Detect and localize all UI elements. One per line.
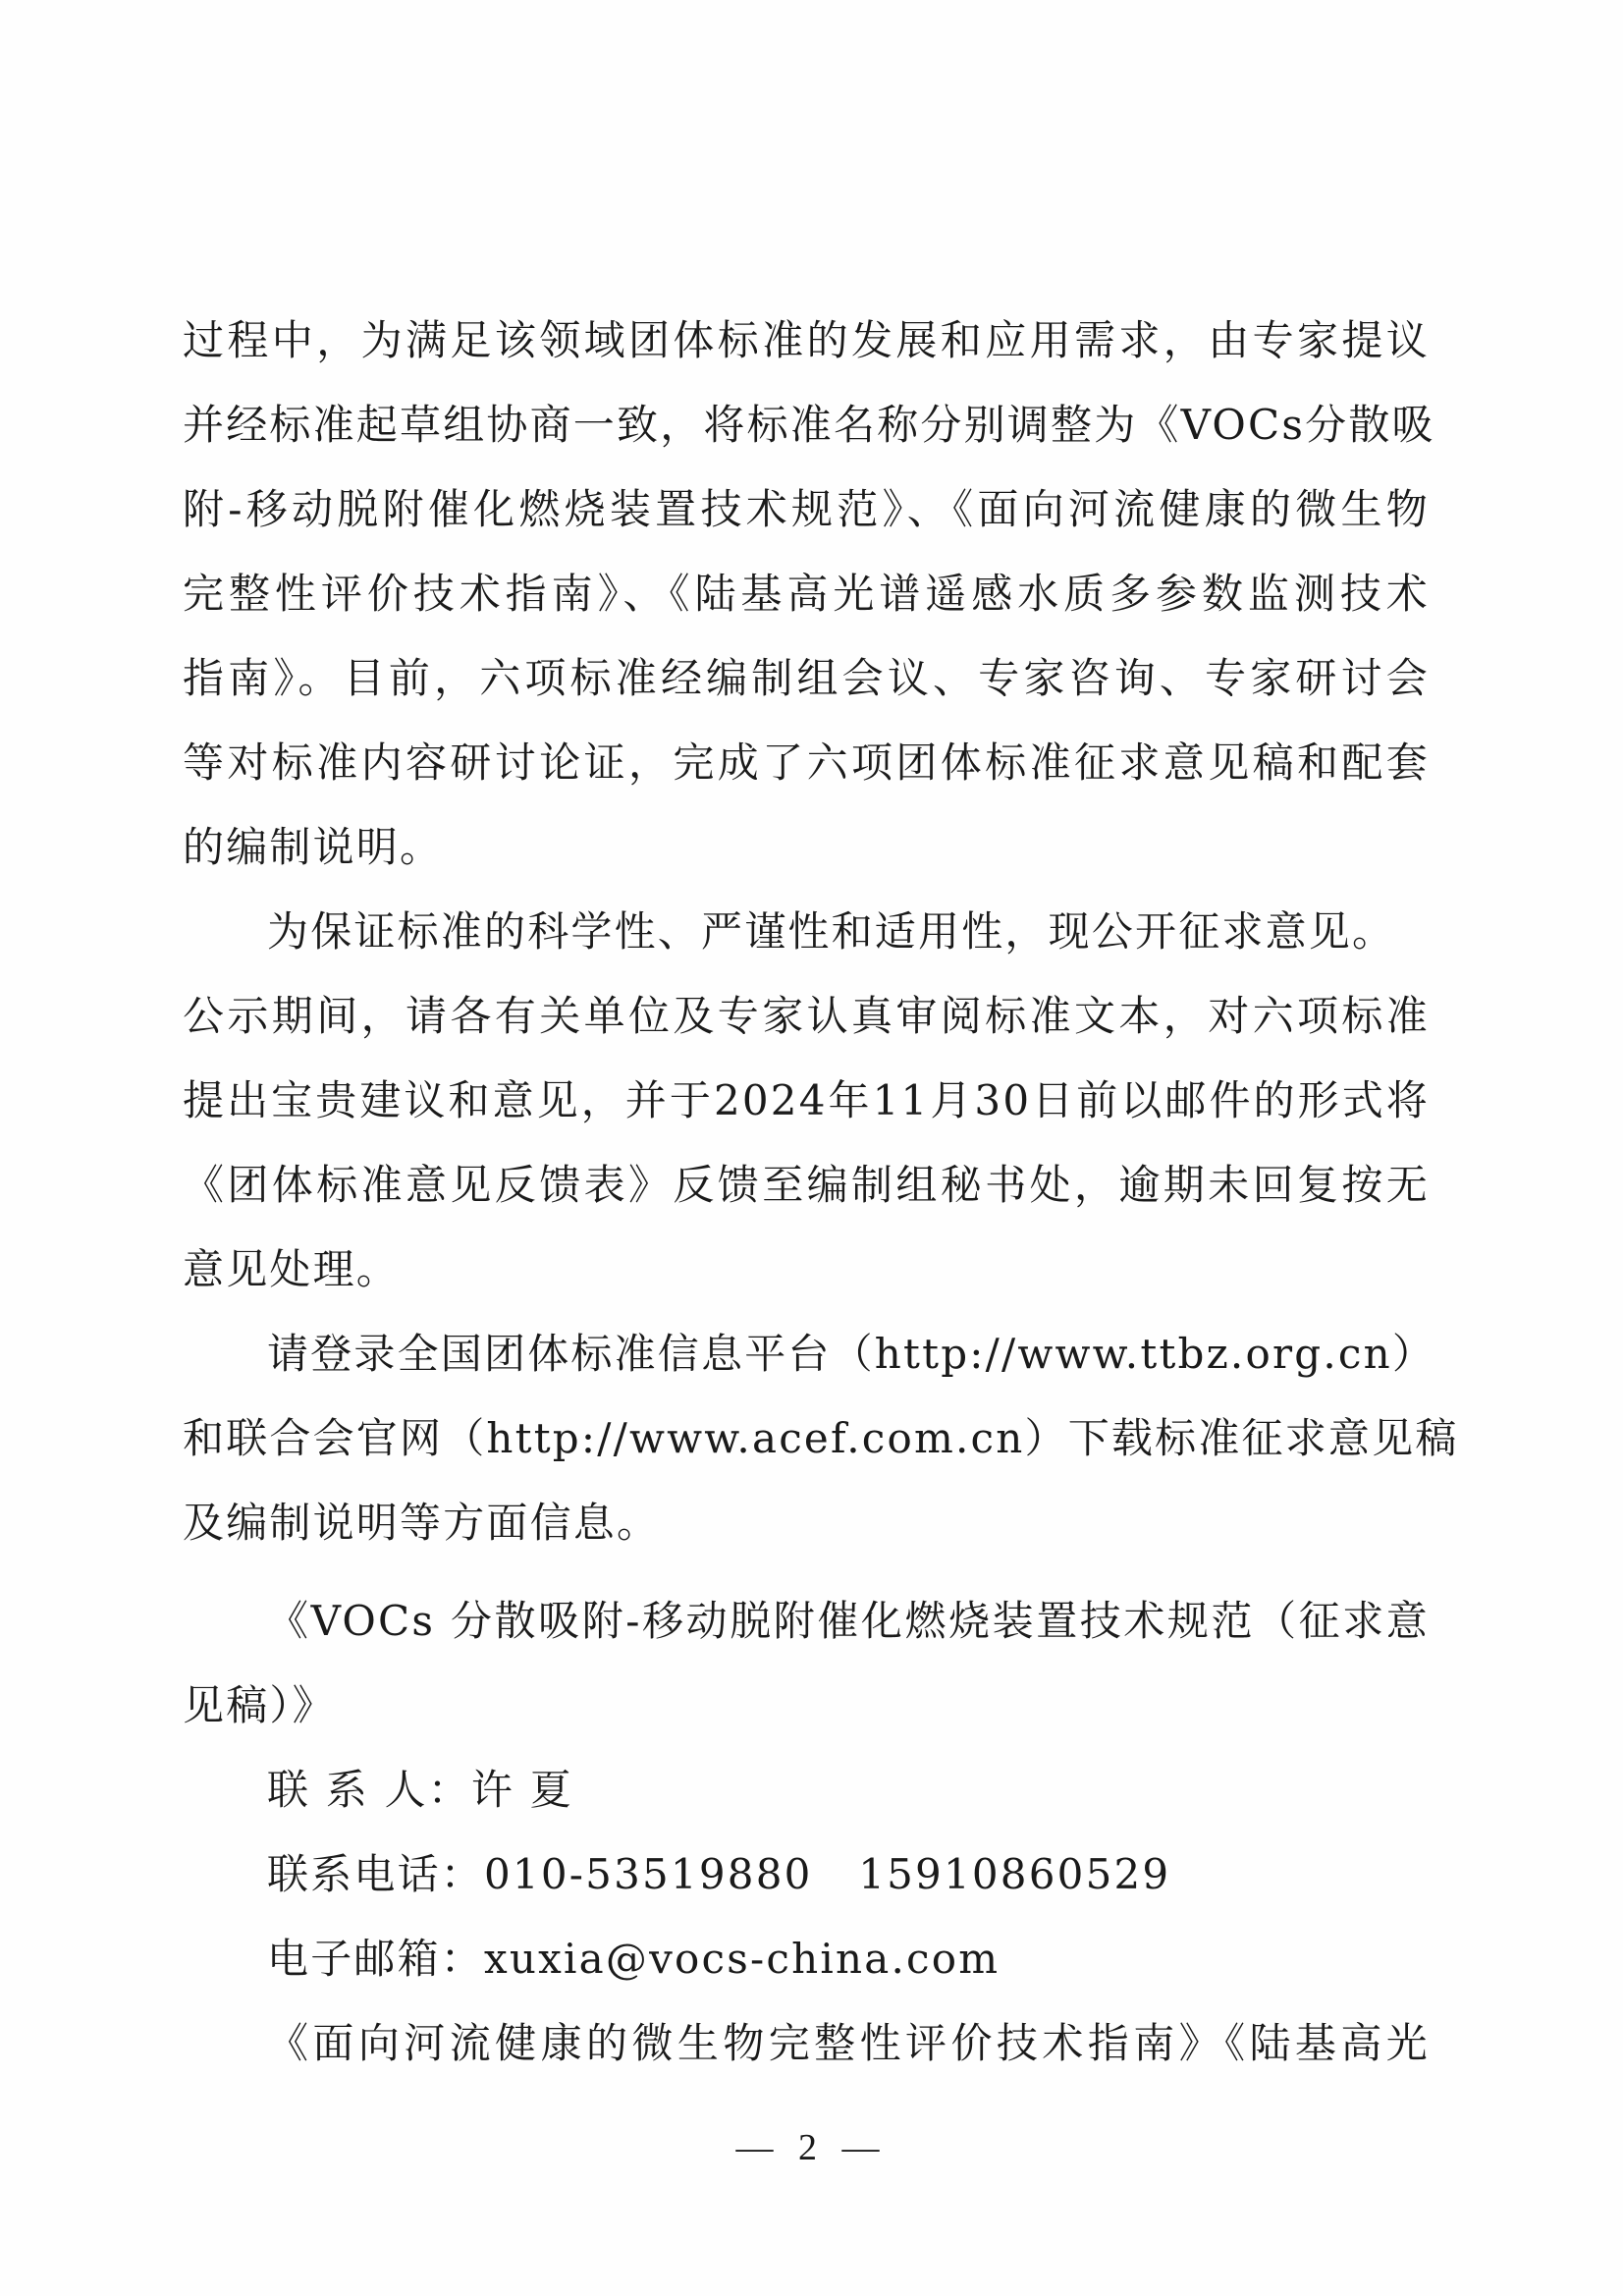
paragraph-line: 及编制说明等方面信息。 <box>183 1494 1430 1553</box>
paragraph-line: 等对标准内容研讨论证，完成了六项团体标准征求意见稿和配套 <box>183 734 1430 793</box>
paragraph-line: 为保证标准的科学性、严谨性和适用性，现公开征求意见。 <box>267 902 1430 961</box>
paragraph-line: 的编制说明。 <box>183 818 1430 877</box>
contact-person-value: 许 夏 <box>471 1766 573 1814</box>
contact-email-label: 电子邮箱： <box>267 1935 484 1983</box>
paragraph-line: 《面向河流健康的微生物完整性评价技术指南》《陆基高光 <box>267 2014 1430 2073</box>
contact-phone-label: 联系电话： <box>267 1850 484 1898</box>
paragraph-line: 过程中，为满足该领域团体标准的发展和应用需求，由专家提议 <box>183 311 1430 370</box>
paragraph-line: 指南》。目前，六项标准经编制组会议、专家咨询、专家研讨会 <box>183 649 1430 708</box>
paragraph-line: 公示期间，请各有关单位及专家认真审阅标准文本，对六项标准 <box>183 987 1430 1046</box>
paragraph-line: 并经标准起草组协商一致，将标准名称分别调整为《VOCs分散吸 <box>183 396 1430 455</box>
contact-person: 联 系 人：许 夏 <box>267 1761 1430 1820</box>
standard-title-line: 《VOCs 分散吸附-移动脱附催化燃烧装置技术规范（征求意 <box>267 1592 1430 1651</box>
contact-email: 电子邮箱：xuxia@vocs-china.com <box>267 1930 1430 1989</box>
paragraph-line: 附-移动脱附催化燃烧装置技术规范》、《面向河流健康的微生物 <box>183 480 1430 539</box>
contact-phone-value: 010-53519880 15910860529 <box>484 1850 1170 1898</box>
paragraph-line: 意见处理。 <box>183 1240 1430 1299</box>
contact-phone: 联系电话：010-53519880 15910860529 <box>267 1845 1430 1904</box>
paragraph-line: 和联合会官网（http://www.acef.com.cn）下载标准征求意见稿 <box>183 1409 1430 1468</box>
page-number: — 2 — <box>0 2123 1623 2172</box>
paragraph-line: 提出宝贵建议和意见，并于2024年11月30日前以邮件的形式将 <box>183 1071 1430 1130</box>
standard-title-line: 见稿）》 <box>183 1676 1430 1735</box>
contact-person-label: 联 系 人： <box>267 1766 471 1814</box>
paragraph-line: 完整性评价技术指南》、《陆基高光谱遥感水质多参数监测技术 <box>183 565 1430 624</box>
contact-email-value: xuxia@vocs-china.com <box>484 1935 1000 1983</box>
paragraph-line: 《团体标准意见反馈表》反馈至编制组秘书处，逾期未回复按无 <box>183 1156 1430 1215</box>
paragraph-line: 请登录全国团体标准信息平台（http://www.ttbz.org.cn） <box>267 1325 1430 1384</box>
document-page: 过程中，为满足该领域团体标准的发展和应用需求，由专家提议 并经标准起草组协商一致… <box>0 0 1623 2296</box>
